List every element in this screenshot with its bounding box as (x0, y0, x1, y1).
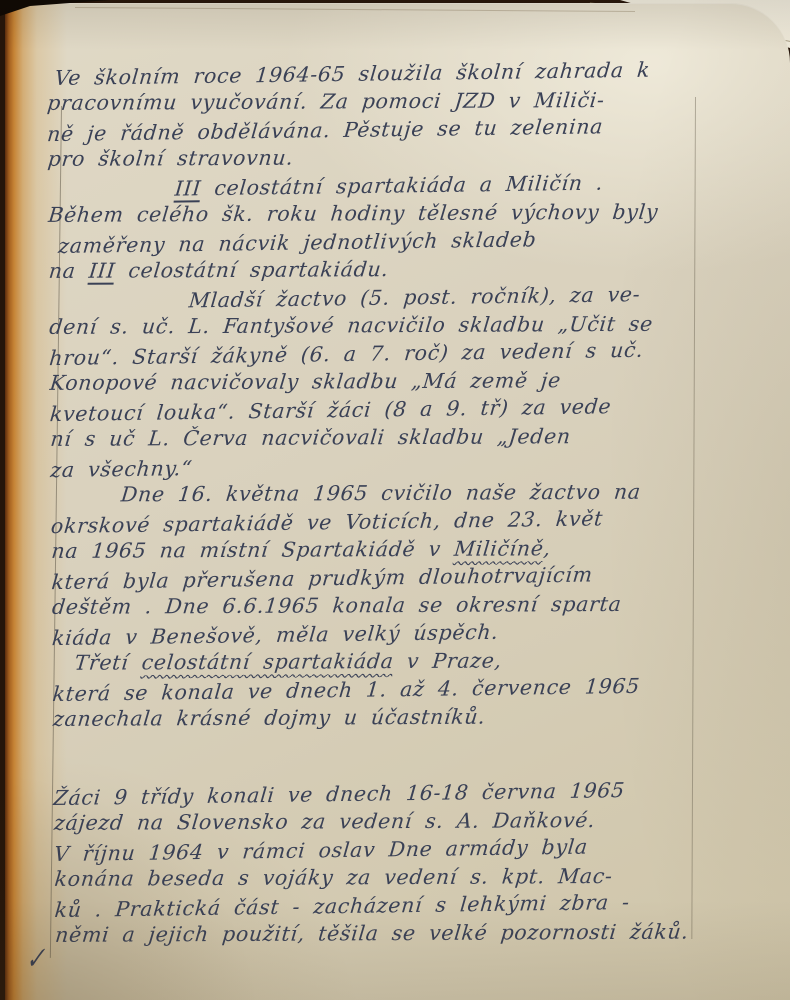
handwritten-text: V říjnu 1964 v rámci oslav Dne armády by… (53, 835, 589, 866)
handwritten-text: konána beseda s vojáky za vedení s. kpt.… (54, 864, 614, 891)
handwritten-text: ní s uč L. Červa nacvičovali skladbu „Je… (49, 424, 572, 451)
handwritten-text: dení s. uč. L. Fantyšové nacvičilo sklad… (48, 312, 654, 339)
handwritten-text: němi a jejich použití, těšila se velké p… (54, 920, 690, 947)
handwritten-text: kvetoucí louka“. Starší žáci (8 a 9. tř)… (49, 394, 613, 426)
handwritten-text: Konopové nacvičovaly skladbu „Má země je (49, 368, 562, 395)
page-top-edge (75, 7, 635, 12)
handwritten-line: němi a jejich použití, těšila se velké p… (54, 917, 781, 949)
handwritten-text: na (48, 259, 90, 283)
handwritten-text: zanechala krásné dojmy u účastníků. (52, 705, 487, 731)
handwritten-text: ně je řádně obdělávána. Pěstuje se tu ze… (46, 114, 604, 146)
handwritten-line: zanechala krásné dojmy u účastníků. (52, 701, 779, 733)
handwritten-text: Dne 16. května 1965 cvičilo naše žactvo … (120, 480, 642, 507)
handwritten-text: za všechny.“ (49, 456, 193, 482)
handwritten-text: hrou“. Starší žákyně (6. a 7. roč) za ve… (48, 338, 644, 370)
handwritten-text-underlined: III (174, 176, 203, 202)
chronicle-page: Ve školním roce 1964-65 sloužila školní … (5, 3, 790, 1000)
handwritten-text: pro školní stravovnu. (47, 146, 295, 171)
handwritten-text: , (543, 536, 553, 560)
handwritten-text: kiáda v Benešově, měla velký úspěch. (51, 620, 500, 650)
handwritten-text: na 1965 na místní Spartakiádě v (50, 537, 455, 563)
handwritten-text: ků . Praktická část - zacházení s lehkým… (54, 890, 631, 922)
handwritten-text: Ve školním roce 1964-65 sloužila školní … (54, 58, 652, 90)
handwritten-text: celostátní spartakiádu. (114, 257, 390, 282)
handwritten-text-block: Ve školním roce 1964-65 sloužila školní … (47, 56, 780, 951)
handwritten-text: která se konala ve dnech 1. až 4. červen… (52, 674, 641, 706)
handwritten-text-underlined: Miličíně (453, 536, 545, 560)
handwritten-text: deštěm . Dne 6.6.1965 konala se okresní … (51, 592, 623, 619)
handwritten-text: v Praze, (393, 648, 504, 673)
handwritten-text-underlined: III (88, 259, 117, 285)
handwritten-text: pracovnímu vyučování. Za pomoci JZD v Mi… (46, 88, 606, 115)
handwritten-text: Žáci 9 třídy konali ve dnech 16-18 červn… (53, 778, 626, 810)
handwritten-text: celostátní spartakiáda a Miličín . (200, 171, 604, 201)
checkmark-annotation: ✓ (25, 941, 46, 976)
handwritten-text: Během celého šk. roku hodiny tělesné výc… (47, 200, 659, 227)
handwritten-text: okrskové spartakiádě ve Voticích, dne 23… (50, 506, 604, 538)
handwritten-text-underlined: celostátní spartakiáda (141, 649, 395, 674)
handwritten-text: zaměřeny na nácvik jednotlivých skladeb (57, 227, 537, 258)
handwritten-text: Mladší žactvo (5. post. ročník), za ve- (188, 282, 642, 312)
handwritten-text: Třetí (73, 650, 142, 674)
photo-of-chronicle-page: Ve školním roce 1964-65 sloužila školní … (0, 0, 790, 1000)
handwritten-text: zájezd na Slovensko za vedení s. A. Daňk… (53, 808, 597, 835)
handwritten-text: která byla přerušena prudkým dlouhotrvaj… (50, 562, 593, 594)
